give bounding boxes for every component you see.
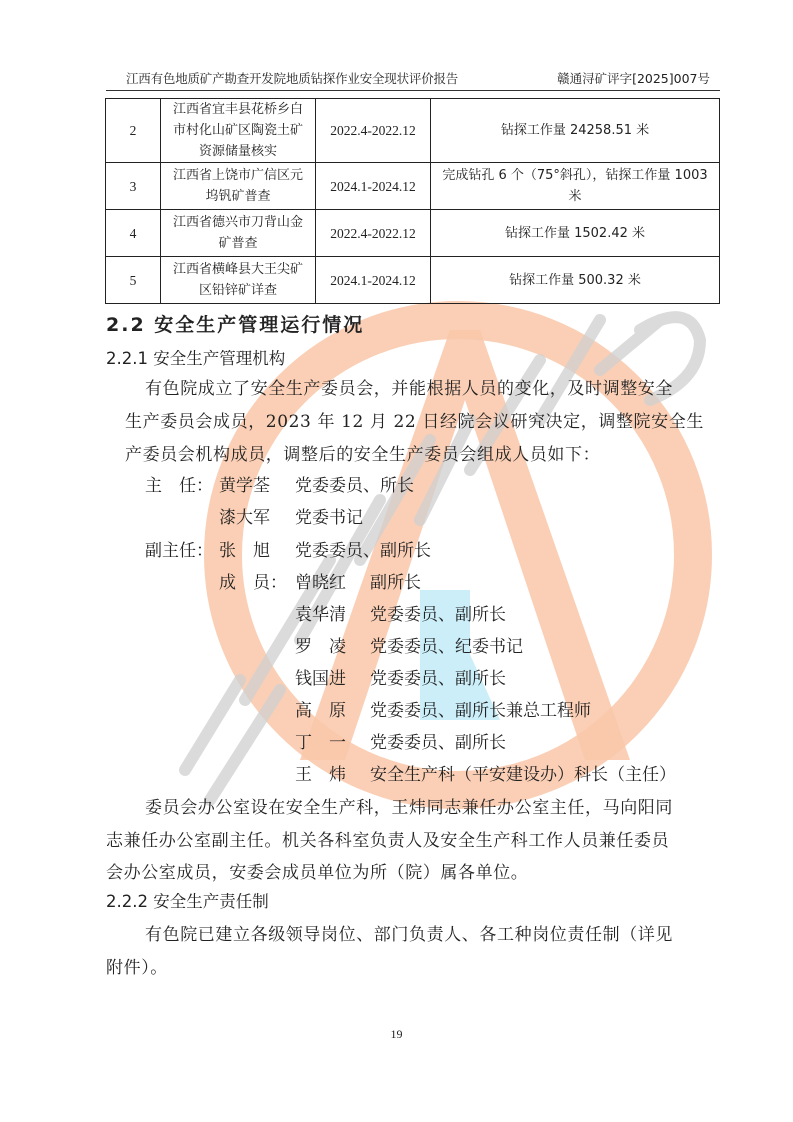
member-name: 曾晓红: [295, 568, 346, 593]
body-line: 有色院已建立各级领导岗位、部门负责人、各工种岗位责任制（详见: [145, 920, 673, 945]
row-number: 5: [106, 257, 161, 304]
member-role: 副所长: [370, 568, 421, 593]
project-workload: 钻探工作量 24258.51 米: [431, 99, 720, 163]
subsection-heading-2-2-1: 2.2.1 安全生产管理机构: [106, 345, 285, 369]
member-role: 党委委员、所长: [295, 471, 414, 496]
header-report-title: 江西有色地质矿产勘查开发院地质钻探作业安全现状评价报告: [126, 69, 458, 87]
intro-line: 有色院成立了安全生产委员会，并能根据人员的变化，及时调整安全: [145, 374, 673, 399]
section-heading-2-2: 2.2 安全生产管理运行情况: [106, 310, 364, 337]
header-doc-number: 赣通浔矿评字[2025]007号: [557, 69, 710, 87]
project-period: 2024.1-2024.12: [316, 257, 431, 304]
project-period: 2022.4-2022.12: [316, 99, 431, 163]
project-name: 江西省德兴市刀背山金 矿普查: [161, 210, 316, 257]
member-role: 党委委员、纪委书记: [370, 632, 523, 657]
office-line: 委员会办公室设在安全生产科，王炜同志兼任办公室主任，马向阳同: [145, 793, 673, 818]
intro-line: 产委员会机构成员，调整后的安全生产委员会组成人员如下：: [125, 440, 600, 465]
page-header: 江西有色地质矿产勘查开发院地质钻探作业安全现状评价报告 赣通浔矿评字[2025]…: [106, 66, 720, 91]
intro-line: 生产委员会成员，2023 年 12 月 22 日经院会议研究决定，调整院安全生: [125, 407, 704, 432]
member-name: 丁 一: [295, 728, 346, 753]
director-label: 主 任：: [145, 471, 213, 496]
member-role: 党委委员、副所长兼总工程师: [370, 696, 591, 721]
projects-table: 2 江西省宜丰县花桥乡白 市村化山矿区陶瓷土矿 资源储量核实 2022.4-20…: [105, 98, 720, 304]
project-name: 江西省横峰县大王尖矿 区铅锌矿详查: [161, 257, 316, 304]
deputy-label: 副主任：: [145, 536, 213, 561]
project-workload: 完成钻孔 6 个（75°斜孔），钻探工作量 1003 米: [431, 163, 720, 210]
member-role: 党委委员、副所长: [370, 600, 506, 625]
row-number: 3: [106, 163, 161, 210]
member-role: 党委委员、副所长: [370, 728, 506, 753]
member-role: 党委书记: [295, 503, 363, 528]
member-name: 张 旭: [219, 536, 270, 561]
member-role: 安全生产科（平安建设办）科长（主任）: [370, 760, 676, 785]
table-row: 2 江西省宜丰县花桥乡白 市村化山矿区陶瓷土矿 资源储量核实 2022.4-20…: [106, 99, 720, 163]
table-row: 4 江西省德兴市刀背山金 矿普查 2022.4-2022.12 钻探工作量 15…: [106, 210, 720, 257]
member-name: 王 炜: [295, 760, 346, 785]
member-name: 黄学荃: [219, 471, 270, 496]
row-number: 4: [106, 210, 161, 257]
office-line: 会办公室成员，安委会成员单位为所（院）属各单位。: [106, 858, 528, 883]
table-row: 5 江西省横峰县大王尖矿 区铅锌矿详查 2024.1-2024.12 钻探工作量…: [106, 257, 720, 304]
page-number: 19: [0, 1027, 793, 1042]
member-name: 高 原: [295, 696, 346, 721]
member-role: 党委委员、副所长: [295, 536, 431, 561]
body-line: 附件）。: [106, 953, 168, 978]
project-period: 2022.4-2022.12: [316, 210, 431, 257]
project-name: 江西省上饶市广信区元 坞钒矿普查: [161, 163, 316, 210]
member-role: 党委委员、副所长: [370, 664, 506, 689]
member-name: 袁华清: [295, 600, 346, 625]
table-row: 3 江西省上饶市广信区元 坞钒矿普查 2024.1-2024.12 完成钻孔 6…: [106, 163, 720, 210]
document-page: 江西有色地质矿产勘查开发院地质钻探作业安全现状评价报告 赣通浔矿评字[2025]…: [0, 0, 793, 1122]
member-name: 钱国进: [295, 664, 346, 689]
project-period: 2024.1-2024.12: [316, 163, 431, 210]
project-name: 江西省宜丰县花桥乡白 市村化山矿区陶瓷土矿 资源储量核实: [161, 99, 316, 163]
member-name: 罗 凌: [295, 632, 346, 657]
row-number: 2: [106, 99, 161, 163]
member-name: 漆大军: [219, 503, 270, 528]
office-line: 志兼任办公室副主任。机关各科室负责人及安全生产科工作人员兼任委员: [106, 826, 669, 851]
member-label: 成 员：: [219, 568, 287, 593]
project-workload: 钻探工作量 500.32 米: [431, 257, 720, 304]
subsection-heading-2-2-2: 2.2.2 安全生产责任制: [106, 888, 269, 912]
project-workload: 钻探工作量 1502.42 米: [431, 210, 720, 257]
